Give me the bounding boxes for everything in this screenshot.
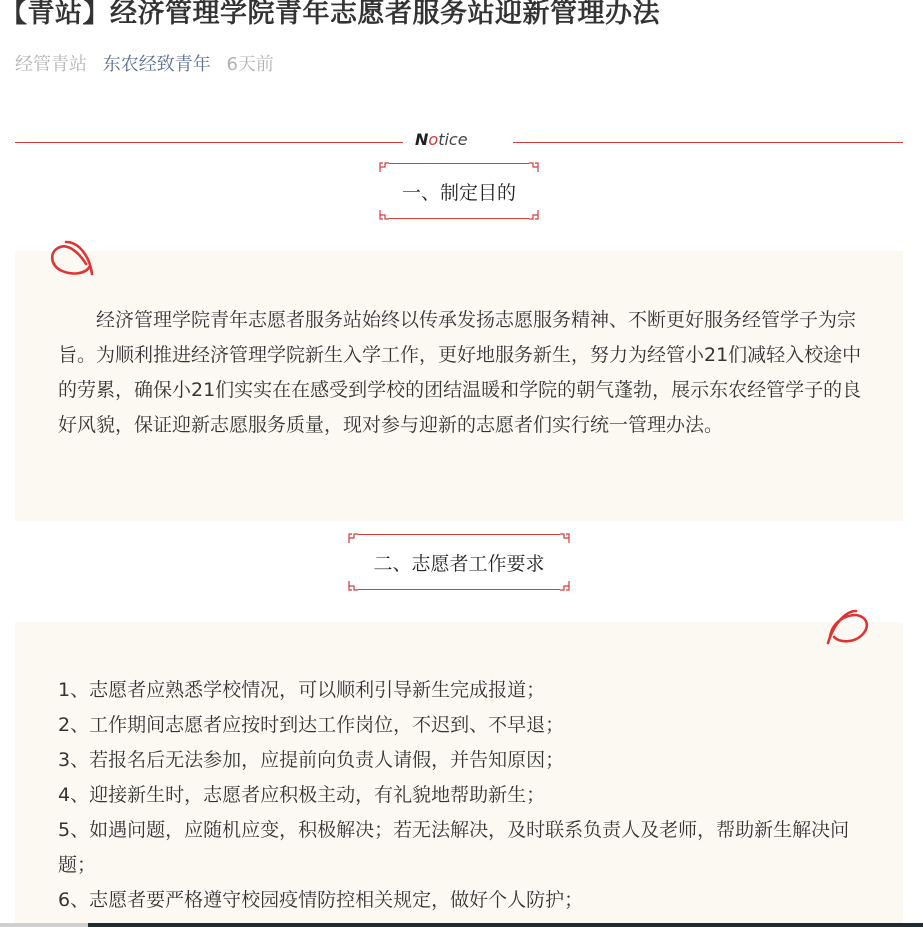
handwritten-number-2-icon [46,236,98,278]
notice-rest: tice [438,130,467,149]
section-heading-frame: 二、志愿者工作要求 [348,532,570,592]
list-item: 5、如遇问题，应随机应变，积极解决；若无法解决，及时联系负责人及老师，帮助新生解… [58,813,864,883]
ornament-corner-icon [527,209,539,221]
divider-line-left [15,142,403,143]
notice-divider: Notice [15,130,903,152]
section-heading: 一、制定目的 [379,178,539,205]
section-heading-frame: 一、制定目的 [379,161,539,221]
section-heading: 二、志愿者工作要求 [348,549,570,576]
bottom-bar-segment [0,923,88,927]
notice-letter-n: N [415,130,428,149]
list-item: 6、志愿者要严格遵守校园疫情防控相关规定，做好个人防护； [58,883,864,918]
ornament-corner-icon [558,580,570,592]
notice-letter-o: o [428,130,438,149]
ornament-corner-icon [348,580,360,592]
list-item: 1、志愿者应熟悉学校情况，可以顺利引导新生完成报道； [58,673,864,708]
publish-time: 6天前 [226,54,273,75]
account-link[interactable]: 东农经致青年 [103,54,211,75]
ornament-corner-icon [379,161,391,173]
ornament-corner-icon [558,532,570,544]
handwritten-number-6-icon [820,605,874,649]
notice-label: Notice [415,130,468,149]
article-meta: 经管青站 东农经致青年 6天前 [15,52,284,78]
list-item: 3、若报名后无法参加，应提前向负责人请假，并告知原因； [58,743,864,778]
purpose-paragraph: 经济管理学院青年志愿者服务站始终以传承发扬志愿服务精神、不断更好服务经管学子为宗… [58,303,864,443]
ornament-corner-icon [348,532,360,544]
list-item: 2、工作期间志愿者应按时到达工作岗位，不迟到、不早退； [58,708,864,743]
ornament-corner-icon [527,161,539,173]
list-item: 4、迎接新生时，志愿者应积极主动，有礼貌地帮助新生； [58,778,864,813]
ornament-corner-icon [379,209,391,221]
author-name: 经管青站 [15,54,87,75]
divider-line-right [513,142,903,143]
bottom-toolbar-edge [0,923,923,927]
requirements-list: 1、志愿者应熟悉学校情况，可以顺利引导新生完成报道； 2、工作期间志愿者应按时到… [58,673,864,918]
article-title: 【青站】经济管理学院青年志愿者服务站迎新管理办法 [0,0,660,34]
